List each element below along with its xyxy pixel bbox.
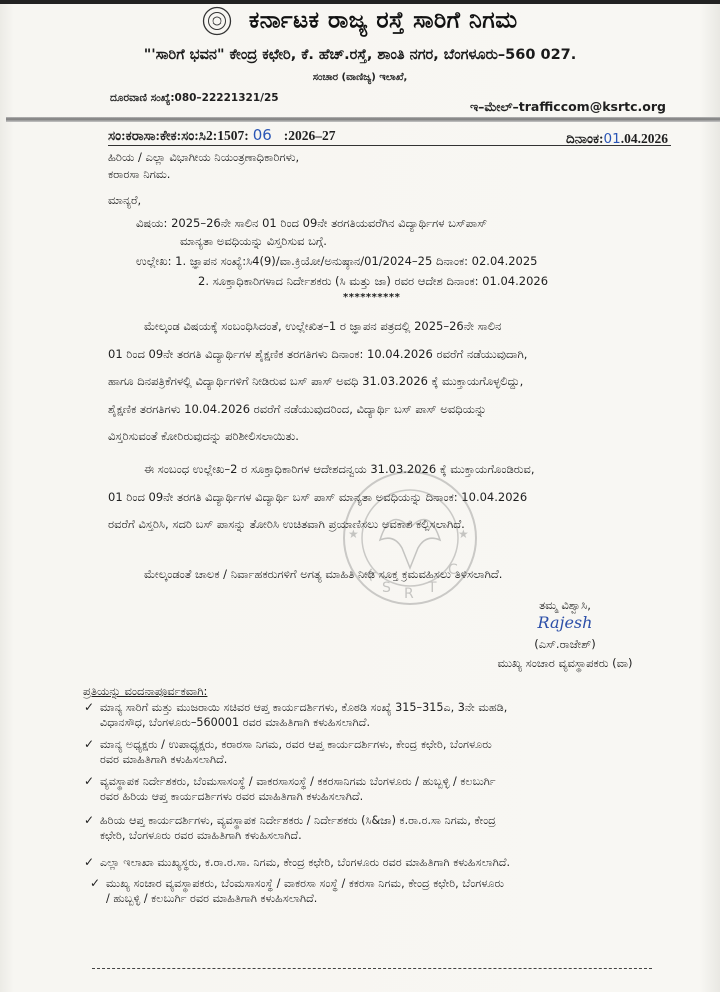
copy-to-line: ರವರ ಮಾಹಿತಿಗಾಗಿ ಕಳುಹಿಸಲಾಗಿದೆ. (86, 752, 492, 767)
footer-dashed-rule (92, 968, 652, 969)
reference-prefix: ಸಂ:ಕರಾಸಾ:ಕೇಕ:ಸಂ:ಸಿ2:1507: (108, 128, 249, 143)
copy-to-line: / ಹುಬ್ಬಳ್ಳಿ / ಕಲಬುರ್ಗಿ ರವರ ಮಾಹಿತಿಗಾಗಿ ಕಳ… (92, 891, 504, 906)
checkmark-icon: ✓ (84, 700, 94, 715)
letterhead-title: ಕರ್ನಾಟಕ ರಾಜ್ಯ ರಸ್ತೆ ಸಾರಿಗೆ ನಿಗಮ (0, 6, 720, 36)
letter-page: ಕರ್ನಾಟಕ ರಾಜ್ಯ ರಸ್ತೆ ಸಾರಿಗೆ ನಿಗಮ "'ಸಾರಿಗೆ… (0, 0, 720, 992)
para1-line-1: ಮೇಲ್ಕಂಡ ವಿಷಯಕ್ಕೆ ಸಂಬಂಧಿಸಿದಂತೆ, ಉಲ್ಲೇಖಿತ–… (108, 313, 668, 341)
scan-edge (0, 0, 720, 4)
ksrtc-logo-icon (202, 6, 232, 36)
letterhead-department: ಸಂಚಾರ (ವಾಣಿಜ್ಯ) ಇಲಾಖೆ, (0, 72, 720, 83)
checkmark-icon: ✓ (84, 774, 94, 789)
para2-line-2: 01 ರಿಂದ 09ನೇ ತರಗತಿ ವಿದ್ಯಾರ್ಥಿಗಳ ವಿದ್ಯಾರ್… (108, 484, 668, 512)
copy-to-line: ವಿಧಾನಸೌಧ, ಬೆಂಗಳೂರು–560001 ರವರ ಮಾಹಿತಿಗಾಗಿ… (86, 715, 507, 730)
checkmark-icon: ✓ (84, 737, 94, 752)
subject-line-1: ವಿಷಯ: 2025–26ನೇ ಸಾಲಿನ 01 ರಿಂದ 09ನೇ ತರಗತಿ… (136, 216, 487, 230)
copy-to-line: ವ್ಯವಸ್ಥಾಪಕ ನಿರ್ದೇಶಕರು, ಬೆಂಮಸಾಸಂಸ್ಥೆ / ವಾ… (86, 774, 496, 789)
copy-to-item: ✓ ಮುಖ್ಯ ಸಂಚಾರ ವ್ಯವಸ್ಥಾಪಕರು, ಬೆಂಮಸಾಸಂಸ್ಥೆ… (92, 876, 504, 906)
checkmark-icon: ✓ (84, 813, 94, 828)
para1-line-4: ಶೈಕ್ಷಣಿಕ ತರಗತಿಗಳು 10.04.2026 ರವರೆಗೆ ನಡೆಯ… (108, 396, 668, 424)
signature-block: ತಮ್ಮ ವಿಶ್ವಾಸಿ, Rajesh (ಎಸ್.ರಾಜೇಶ್) ಮುಖ್ಯ… (450, 598, 680, 671)
svg-text:R: R (404, 586, 414, 602)
org-name: ಕರ್ನಾಟಕ ರಾಜ್ಯ ರಸ್ತೆ ಸಾರಿಗೆ ನಿಗಮ (249, 8, 518, 34)
copy-to-heading: ಪ್ರತಿಯನ್ನು ವಂದನಾಪೂರ್ವಕವಾಗಿ: (83, 684, 207, 699)
signatory-name: (ಎಸ್.ರಾಜೇಶ್) (450, 637, 680, 652)
copy-to-line: ಕಛೇರಿ, ಬೆಂಗಳೂರು ರವರ ಮಾಹಿತಿಗಾಗಿ ಕಳುಹಿಸಲಾಗ… (86, 828, 496, 843)
date-rest: .04.2026 (621, 131, 668, 146)
copy-to-line: ಮಾನ್ಯ ಅಧ್ಯಕ್ಷರು / ಉಪಾಧ್ಯಕ್ಷರು, ಕರಾರಸಾ ನಿ… (86, 737, 492, 752)
addressee-line-2: ಕರಾರಸಾ ನಿಗಮ. (108, 167, 170, 181)
copy-to-item: ✓ ಮಾನ್ಯ ಅಧ್ಯಕ್ಷರು / ಉಪಾಧ್ಯಕ್ಷರು, ಕರಾರಸಾ … (86, 737, 492, 767)
letterhead-email: ಇ–ಮೇಲ್–trafficcom@ksrtc.org (470, 99, 666, 115)
copy-to-item: ✓ ಎಲ್ಲಾ ಇಲಾಖಾ ಮುಖ್ಯಸ್ಥರು, ಕ.ರಾ.ರ.ಸಾ. ನಿಗ… (86, 855, 510, 870)
closing-text: ತಮ್ಮ ವಿಶ್ವಾಸಿ, (450, 598, 680, 613)
body-paragraph-2: ಈ ಸಂಬಂಧ ಉಲ್ಲೇಖ–2 ರ ಸೂಕ್ತಾಧಿಕಾರಿಗಳ ಆದೇಶದನ… (108, 456, 668, 539)
reference-underline (108, 145, 671, 146)
separator-stars: ********** (343, 292, 400, 303)
reference-item-2: 2. ಸೂಕ್ತಾಧಿಕಾರಿಗಳಾದ ನಿರ್ದೇಶಕರು (ಸಿ ಮತ್ತು… (198, 274, 548, 288)
checkmark-icon: ✓ (90, 876, 100, 891)
header-divider (6, 117, 720, 122)
copy-to-line: ಮುಖ್ಯ ಸಂಚಾರ ವ್ಯವಸ್ಥಾಪಕರು, ಬೆಂಮಸಾಸಂಸ್ಥೆ /… (92, 876, 504, 891)
subject-line-2: ಮಾನ್ಯತಾ ಅವಧಿಯನ್ನು ವಿಸ್ತರಿಸುವ ಬಗ್ಗೆ. (180, 234, 327, 248)
copy-to-item: ✓ ಹಿರಿಯ ಆಪ್ತ ಕಾರ್ಯದರ್ಶಿಗಳು, ವ್ಯವಸ್ಥಾಪಕ ನ… (86, 813, 496, 843)
body-paragraph-3: ಮೇಲ್ಕಂಡಂತೆ ಚಾಲಕ / ನಿರ್ವಾಹಕರುಗಳಿಗೆ ಅಗತ್ಯ … (144, 567, 502, 581)
signatory-designation: ಮುಖ್ಯ ಸಂಚಾರ ವ್ಯವಸ್ಥಾಪಕರು (ವಾ) (450, 656, 680, 671)
letterhead-address: "'ಸಾರಿಗೆ ಭವನ" ಕೇಂದ್ರ ಕಛೇರಿ, ಕೆ. ಹೆಚ್.ರಸ್… (0, 47, 720, 63)
reference-item-1: ಉಲ್ಲೇಖ: 1. ಜ್ಞಾಪನ ಸಂಖ್ಯೆ:ಸಿ4(9)/ವಾ.ಕ್ರಿಯ… (136, 254, 538, 268)
copy-to-item: ✓ ಮಾನ್ಯ ಸಾರಿಗೆ ಮತ್ತು ಮುಜರಾಯಿ ಸಚಿವರ ಆಪ್ತ … (86, 700, 507, 730)
reference-number: ಸಂ:ಕರಾಸಾ:ಕೇಕ:ಸಂ:ಸಿ2:1507:06:2026–27 (108, 126, 336, 144)
addressee-line-1: ಹಿರಿಯ / ಎಲ್ಲಾ ವಿಭಾಗೀಯ ನಿಯಂತ್ರಣಾಧಿಕಾರಿಗಳು… (108, 150, 299, 164)
handwritten-signature: Rajesh (450, 613, 680, 637)
letterhead-phone: ದೂರವಾಣಿ ಸಂಖ್ಯೆ:080–22221321/25 (110, 92, 279, 105)
salutation: ಮಾನ್ಯರೆ, (108, 193, 141, 207)
copy-to-line: ಮಾನ್ಯ ಸಾರಿಗೆ ಮತ್ತು ಮುಜರಾಯಿ ಸಚಿವರ ಆಪ್ತ ಕಾ… (86, 700, 507, 715)
svg-text:S: S (382, 580, 391, 596)
para1-line-5: ವಿಸ್ತರಿಸುವಂತೆ ಕೋರಿರುವುದನ್ನು ಪರಿಶೀಲಿಸಲಾಯಿ… (108, 423, 668, 451)
copy-to-line: ಹಿರಿಯ ಆಪ್ತ ಕಾರ್ಯದರ್ಶಿಗಳು, ವ್ಯವಸ್ಥಾಪಕ ನಿರ… (86, 813, 496, 828)
copy-to-line: ಎಲ್ಲಾ ಇಲಾಖಾ ಮುಖ್ಯಸ್ಥರು, ಕ.ರಾ.ರ.ಸಾ. ನಿಗಮ,… (86, 855, 510, 870)
checkmark-icon: ✓ (84, 855, 94, 870)
para2-line-1: ಈ ಸಂಬಂಧ ಉಲ್ಲೇಖ–2 ರ ಸೂಕ್ತಾಧಿಕಾರಿಗಳ ಆದೇಶದನ… (108, 456, 668, 484)
reference-suffix: :2026–27 (284, 128, 336, 143)
copy-to-item: ✓ ವ್ಯವಸ್ಥಾಪಕ ನಿರ್ದೇಶಕರು, ಬೆಂಮಸಾಸಂಸ್ಥೆ / … (86, 774, 496, 804)
para2-line-3: ರವರೆಗೆ ವಿಸ್ತರಿಸಿ, ಸದರಿ ಬಸ್ ಪಾಸನ್ನು ತೋರಿಸ… (108, 511, 668, 539)
copy-to-line: ರವರ ಹಿರಿಯ ಆಪ್ತ ಕಾರ್ಯದರ್ಶಿಗಳು ರವರ ಮಾಹಿತಿಗ… (86, 789, 496, 804)
para1-line-3: ಹಾಗೂ ದಿನಪತ್ರಿಕೆಗಳಲ್ಲಿ ವಿದ್ಯಾರ್ಥಿಗಳಿಗೆ ನೀ… (108, 368, 668, 396)
reference-handwritten-number: 06 (253, 126, 272, 144)
svg-text:T: T (427, 580, 437, 596)
para1-line-2: 01 ರಿಂದ 09ನೇ ತರಗತಿ ವಿದ್ಯಾರ್ಥಿಗಳ ಶೈಕ್ಷಣಿಕ… (108, 341, 668, 369)
date-label: ದಿನಾಂಕ: (566, 131, 604, 146)
body-paragraph-1: ಮೇಲ್ಕಂಡ ವಿಷಯಕ್ಕೆ ಸಂಬಂಧಿಸಿದಂತೆ, ಉಲ್ಲೇಖಿತ–… (108, 313, 668, 451)
